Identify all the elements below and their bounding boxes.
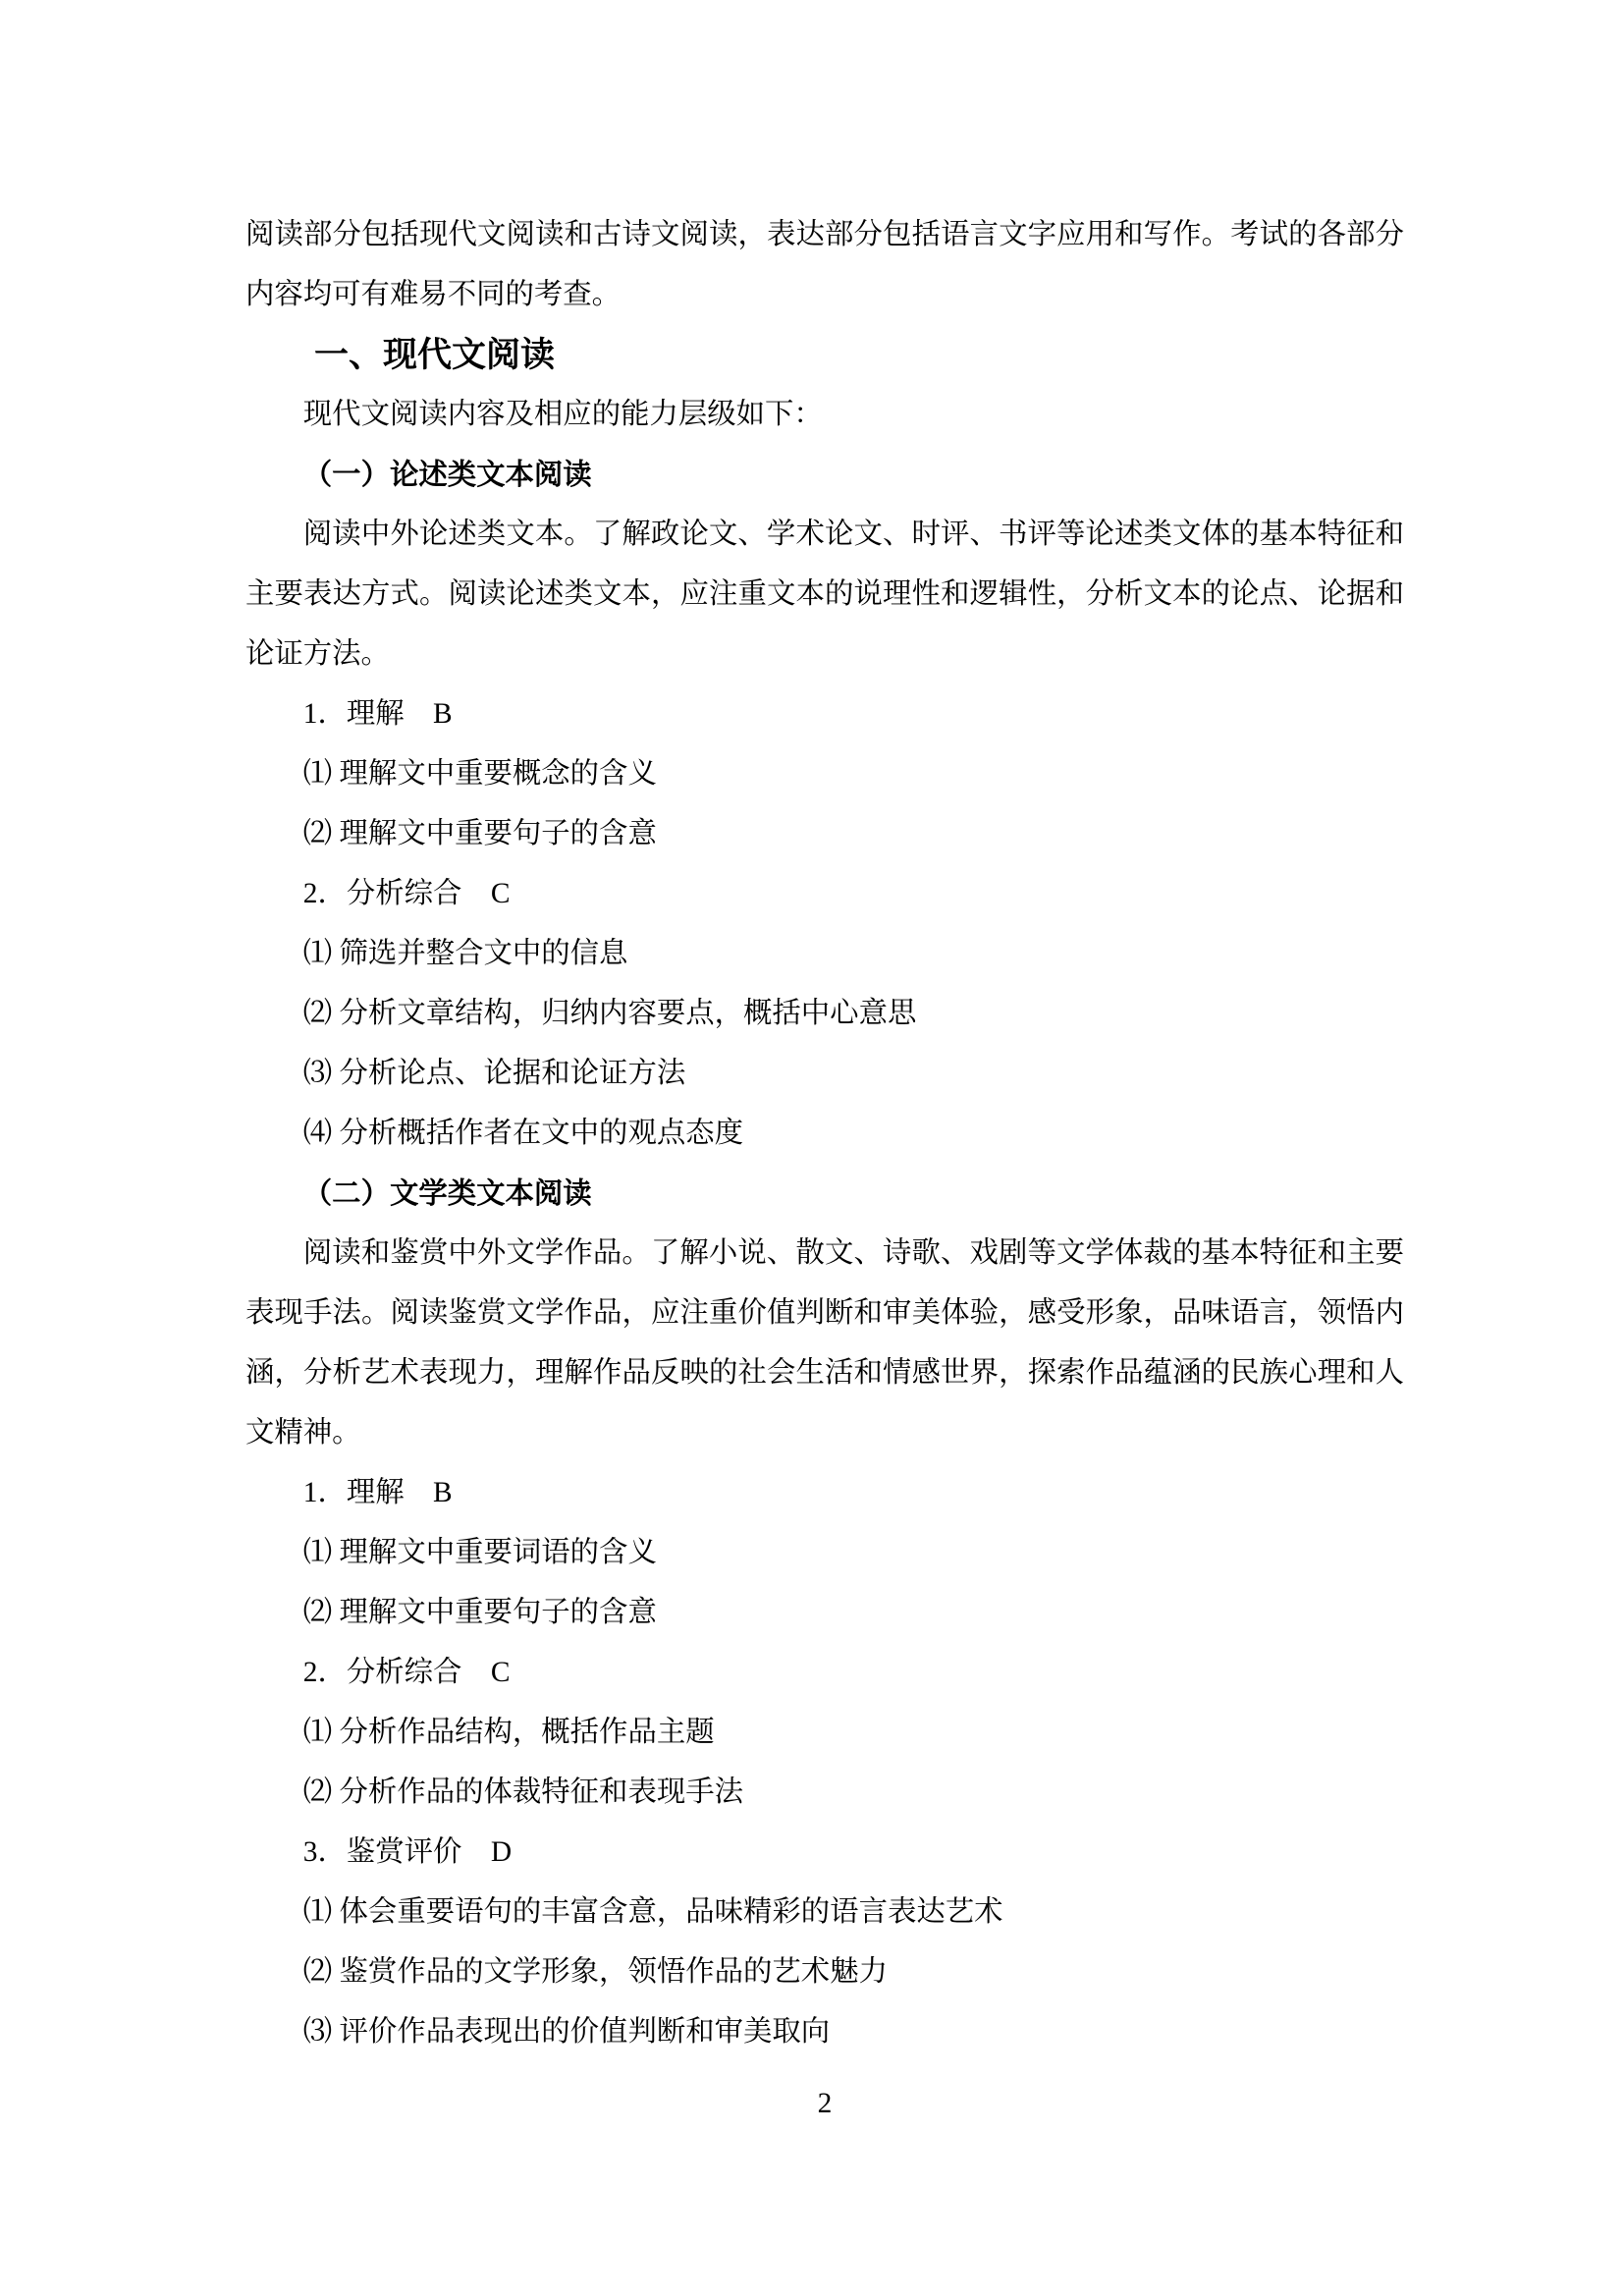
ability-point-item: ⑷ 分析概括作者在文中的观点态度 xyxy=(245,1104,1404,1164)
page-number: 2 xyxy=(245,2074,1404,2134)
ability-level-item: 1．理解 B xyxy=(245,1463,1404,1523)
heading-literary-text-reading: （二）文学类文本阅读 xyxy=(245,1164,1404,1224)
ability-point-item: ⑴ 体会重要语句的丰富含意，品味精彩的语言表达艺术 xyxy=(245,1883,1404,1942)
ability-point-item: ⑵ 理解文中重要句子的含意 xyxy=(245,804,1404,864)
ability-point-item: ⑵ 鉴赏作品的文学形象，领悟作品的艺术魅力 xyxy=(245,1942,1404,2002)
heading-modern-text-reading: 一、现代文阅读 xyxy=(245,325,1404,385)
heading-argumentative-text-reading: （一）论述类文本阅读 xyxy=(245,445,1404,505)
ability-level-item: 2．分析综合 C xyxy=(245,1643,1404,1703)
paragraph-literary-description: 阅读和鉴赏中外文学作品。了解小说、散文、诗歌、戏剧等文学体裁的基本特征和主要表现… xyxy=(245,1224,1404,1463)
ability-level-item: 1．理解 B xyxy=(245,684,1404,744)
document-body: 阅读部分包括现代文阅读和古诗文阅读，表达部分包括语言文字应用和写作。考试的各部分… xyxy=(245,205,1404,2062)
ability-point-item: ⑵ 分析文章结构，归纳内容要点，概括中心意思 xyxy=(245,984,1404,1044)
ability-point-item: ⑴ 理解文中重要词语的含义 xyxy=(245,1523,1404,1583)
ability-point-item: ⑴ 筛选并整合文中的信息 xyxy=(245,924,1404,984)
paragraph-argumentative-description: 阅读中外论述类文本。了解政论文、学术论文、时评、书评等论述类文体的基本特征和主要… xyxy=(245,505,1404,684)
document-page: 阅读部分包括现代文阅读和古诗文阅读，表达部分包括语言文字应用和写作。考试的各部分… xyxy=(0,0,1623,2296)
ability-point-item: ⑶ 分析论点、论据和论证方法 xyxy=(245,1044,1404,1104)
ability-point-item: ⑶ 评价作品表现出的价值判断和审美取向 xyxy=(245,2002,1404,2062)
ability-level-item: 2．分析综合 C xyxy=(245,864,1404,924)
ability-point-item: ⑵ 分析作品的体裁特征和表现手法 xyxy=(245,1763,1404,1823)
paragraph-intro-continued: 阅读部分包括现代文阅读和古诗文阅读，表达部分包括语言文字应用和写作。考试的各部分… xyxy=(245,205,1404,325)
ability-level-item: 3．鉴赏评价 D xyxy=(245,1823,1404,1883)
ability-point-item: ⑴ 理解文中重要概念的含义 xyxy=(245,744,1404,804)
paragraph-lead: 现代文阅读内容及相应的能力层级如下： xyxy=(245,385,1404,445)
ability-point-item: ⑵ 理解文中重要句子的含意 xyxy=(245,1583,1404,1643)
ability-point-item: ⑴ 分析作品结构，概括作品主题 xyxy=(245,1703,1404,1763)
